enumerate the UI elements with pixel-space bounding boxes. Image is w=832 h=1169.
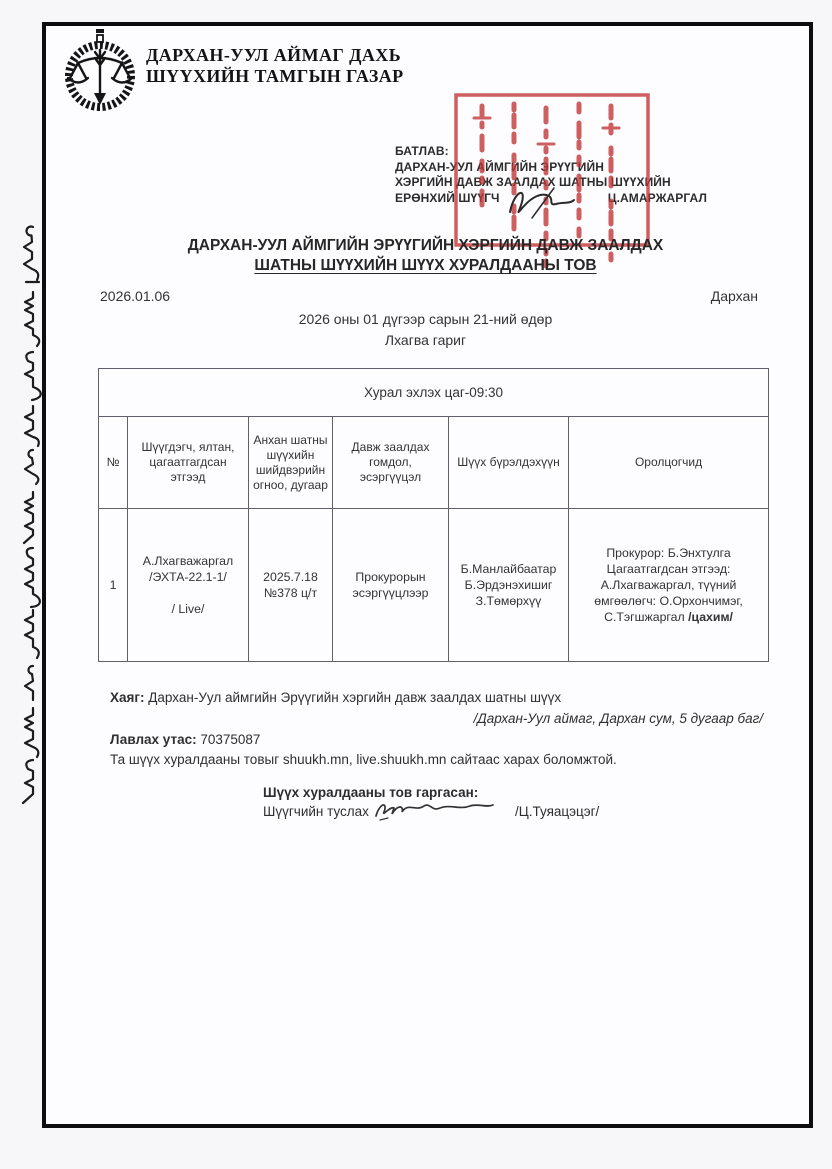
approval-role: ЕРӨНХИЙ ШҮҮГЧ <box>395 191 500 207</box>
org-name: ДАРХАН-УУЛ АЙМАГ ДАХЬ ШҮҮХИЙН ТАМГЫН ГАЗ… <box>146 45 404 87</box>
col-header-first-instance-decision: Анхан шатны шүүхийн шийдвэрийн огноо, ду… <box>249 417 333 509</box>
approval-label: БАТЛАВ: <box>395 144 707 160</box>
decision-date: 2025.7.18 <box>253 569 328 585</box>
document-title-line1: ДАРХАН-УУЛ АЙМГИЙН ЭРҮҮГИЙН ХЭРГИЙН ДАВЖ… <box>42 236 809 256</box>
approval-name: Ц.АМАРЖАРГАЛ <box>608 191 707 207</box>
court-emblem-logo <box>60 28 140 116</box>
address-detail: /Дархан-Уул аймаг, Дархан сум, 5 дугаар … <box>110 711 763 726</box>
case-number: /ЭХТА-22.1-1/ <box>132 569 244 585</box>
cell-no: 1 <box>99 509 128 662</box>
document-date: 2026.01.06 <box>100 288 170 304</box>
judge-name: З.Төмөрхүү <box>453 593 564 609</box>
address-label: Хаяг: <box>110 690 145 705</box>
session-time-cell: Хурал эхлэх цаг-09:30 <box>99 369 769 417</box>
phone-label: Лавлах утас: <box>110 732 197 747</box>
org-name-line1: ДАРХАН-УУЛ АЙМАГ ДАХЬ <box>146 45 404 66</box>
col-header-participants: Оролцогчид <box>569 417 769 509</box>
session-full-date: 2026 оны 01 дүгээр сарын 21-ний өдөр <box>42 309 809 330</box>
org-name-line2: ШҮҮХИЙН ТАМГЫН ГАЗАР <box>146 66 404 87</box>
session-time-row: Хурал эхлэх цаг-09:30 <box>99 369 769 417</box>
signoff-role: Шүүгчийн туслах <box>263 804 369 819</box>
address-value: Дархан-Уул аймгийн Эрүүгийн хэргийн давж… <box>145 690 562 705</box>
phone-value: 70375087 <box>197 732 261 747</box>
dateline: 2026.01.06 Дархан <box>100 288 758 304</box>
approval-line2: ХЭРГИЙН ДАВЖ ЗААЛДАХ ШАТНЫ ШҮҮХИЙН <box>395 175 707 191</box>
cell-court-panel: Б.Манлайбаатар Б.Эрдэнэхишиг З.Төмөрхүү <box>449 509 569 662</box>
approval-block: БАТЛАВ: ДАРХАН-УУЛ АЙМГИЙН ЭРҮҮГИЙН ХЭРГ… <box>395 144 707 206</box>
decision-number: №378 ц/т <box>253 585 328 601</box>
cell-defendant: А.Лхагважаргал /ЭХТА-22.1-1/ / Live/ <box>128 509 249 662</box>
document-city: Дархан <box>711 288 758 304</box>
live-tag: / Live/ <box>132 601 244 617</box>
judge-name: Б.Эрдэнэхишиг <box>453 577 564 593</box>
judge-name: Б.Манлайбаатар <box>453 561 564 577</box>
scanned-court-schedule-document: ДАРХАН-УУЛ АЙМАГ ДАХЬ ШҮҮХИЙН ТАМГЫН ГАЗ… <box>0 0 832 1169</box>
cell-participants: Прокурор: Б.Энхтулга Цагаатгагдсан этгээ… <box>569 509 769 662</box>
cell-first-instance-decision: 2025.7.18 №378 ц/т <box>249 509 333 662</box>
col-header-appeal: Давж заалдах гомдол, эсэргүүцэл <box>333 417 449 509</box>
address-line: Хаяг: Дархан-Уул аймгийн Эрүүгийн хэргий… <box>110 690 763 705</box>
cell-appeal: Прокурорын эсэргүүцлээр <box>333 509 449 662</box>
document-title: ДАРХАН-УУЛ АЙМГИЙН ЭРҮҮГИЙН ХЭРГИЙН ДАВЖ… <box>42 236 809 276</box>
table-row: 1 А.Лхагважаргал /ЭХТА-22.1-1/ / Live/ 2… <box>99 509 769 662</box>
session-weekday: Лхагва гариг <box>42 330 809 351</box>
table-header-row: № Шүүгдэгч, ялтан, цагаатгагдсан этгээд … <box>99 417 769 509</box>
approval-line1: ДАРХАН-УУЛ АЙМГИЙН ЭРҮҮГИЙН <box>395 160 707 176</box>
session-date-block: 2026 оны 01 дүгээр сарын 21-ний өдөр Лха… <box>42 309 809 351</box>
col-header-no: № <box>99 417 128 509</box>
col-header-court-panel: Шүүх бүрэлдэхүүн <box>449 417 569 509</box>
defendant-name: А.Лхагважаргал <box>132 553 244 569</box>
website-note: Та шүүх хуралдааны товыг shuukh.mn, live… <box>110 752 763 767</box>
document-title-line2: ШАТНЫ ШҮҮХИЙН ШҮҮХ ХУРАЛДААНЫ ТОВ <box>42 256 809 276</box>
hearing-schedule-table: Хурал эхлэх цаг-09:30 № Шүүгдэгч, ялтан,… <box>98 368 769 662</box>
phone-line: Лавлах утас: 70375087 <box>110 732 763 747</box>
signoff-name: /Ц.Туяацэцэг/ <box>515 804 599 819</box>
col-header-defendant: Шүүгдэгч, ялтан, цагаатгагдсан этгээд <box>128 417 249 509</box>
signoff-heading: Шүүх хуралдааны тов гаргасан: <box>263 785 478 800</box>
